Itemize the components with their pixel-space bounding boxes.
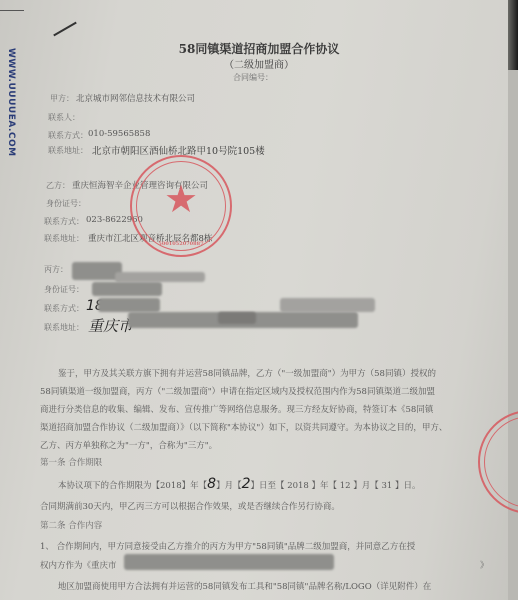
document-title: 58同镇渠道招商加盟合作协议 — [0, 40, 518, 57]
contract-number-label: 合同编号： — [233, 72, 273, 83]
company-seal-stamp: ★ 5001052070887 — [130, 155, 232, 257]
party-b-id-label: 身份证号： — [46, 198, 86, 209]
term-mid-1: 】月【 — [216, 481, 242, 491]
redacted-party-c-name-2 — [115, 272, 205, 282]
article-2-item-1-line-3: 地区加盟商使用甲方合法拥有并运营的58同镇发布工具和"58同镇"品牌名称/LOG… — [58, 580, 431, 592]
preamble-line-1: 鉴于，甲方及其关联方旗下拥有并运营58同镇品牌，乙方（"一级加盟商"）为甲方（5… — [58, 367, 436, 379]
party-a-name: 北京城市网邻信息技术有限公司 — [76, 92, 195, 104]
preamble-line-5: 乙方、丙方单独称之为"一方"，合称为"三方"。 — [40, 439, 217, 451]
party-a-label: 甲方： — [50, 93, 74, 104]
article-2-item-1-line-2-suffix: 》 — [480, 559, 489, 571]
document-subtitle: （二级加盟商） — [0, 56, 518, 71]
article-1-line-2: 合同期满前30天内，甲乙丙三方可以根据合作效果，或是否继续合作另行协商。 — [40, 500, 340, 512]
party-a-address-label: 联系地址： — [48, 145, 88, 156]
redacted-party-c-id — [92, 282, 162, 296]
redacted-handwriting — [280, 298, 375, 312]
preamble-line-3: 商进行分类信息的收集、编辑、发布、宣传推广等网络信息服务。现三方经友好协商，特签… — [40, 403, 433, 415]
party-c-address-label: 联系地址： — [44, 322, 84, 333]
party-a-contact-label: 联系人： — [48, 112, 80, 123]
start-month-handwritten: 8 — [207, 476, 216, 492]
article-1-heading: 第一条 合作期限 — [40, 456, 102, 468]
redacted-region — [124, 554, 334, 570]
party-c-phone-label: 联系方式： — [44, 303, 84, 314]
party-a-phone-label: 联系方式： — [48, 130, 88, 141]
party-c-id-label: 身份证号： — [44, 284, 84, 295]
redacted-party-c-phone — [98, 298, 160, 312]
article-2-heading: 第二条 合作内容 — [40, 519, 102, 531]
party-a-phone: 010-59565858 — [88, 129, 150, 139]
edge-line — [0, 10, 24, 11]
article-1-line-1: 本协议项下的合作期限为【2018】年【8】月【2】日至【 2018 】年【 12… — [58, 476, 420, 492]
party-b-address-label: 联系地址： — [44, 233, 84, 244]
term-prefix: 本协议项下的合作期限为【2018】年【 — [58, 481, 207, 491]
start-day-handwritten: 2 — [242, 476, 251, 492]
article-2-item-1-line-2-prefix: 权内方作为《重庆市 — [40, 559, 117, 571]
party-c-address-handwritten: 重庆市 — [88, 315, 133, 336]
party-c-label: 丙方： — [44, 264, 68, 275]
preamble-line-4: 渠道招商加盟合作协议（二级加盟商）》（以下简称"本协议"）如下，以资共同遵守。为… — [40, 421, 447, 433]
redacted-party-c-address-2 — [218, 312, 256, 324]
preamble-line-2: 58同镇渠道一级加盟商，丙方（"二级加盟商"）申请在指定区域内及授权范围内作为5… — [40, 385, 435, 397]
term-mid-2: 】日至【 2018 】年【 12 】月【 31 】日。 — [251, 481, 421, 491]
party-b-phone-label: 联系方式： — [44, 216, 84, 227]
party-b-label: 乙方： — [46, 180, 70, 191]
article-2-item-1-line-1: 1、 合作期间内，甲方同意接受由乙方推介的丙方为甲方"58同镇"品牌二级加盟商，… — [40, 540, 415, 552]
star-icon: ★ — [132, 179, 230, 219]
stamp-serial: 5001052070887 — [132, 241, 230, 247]
